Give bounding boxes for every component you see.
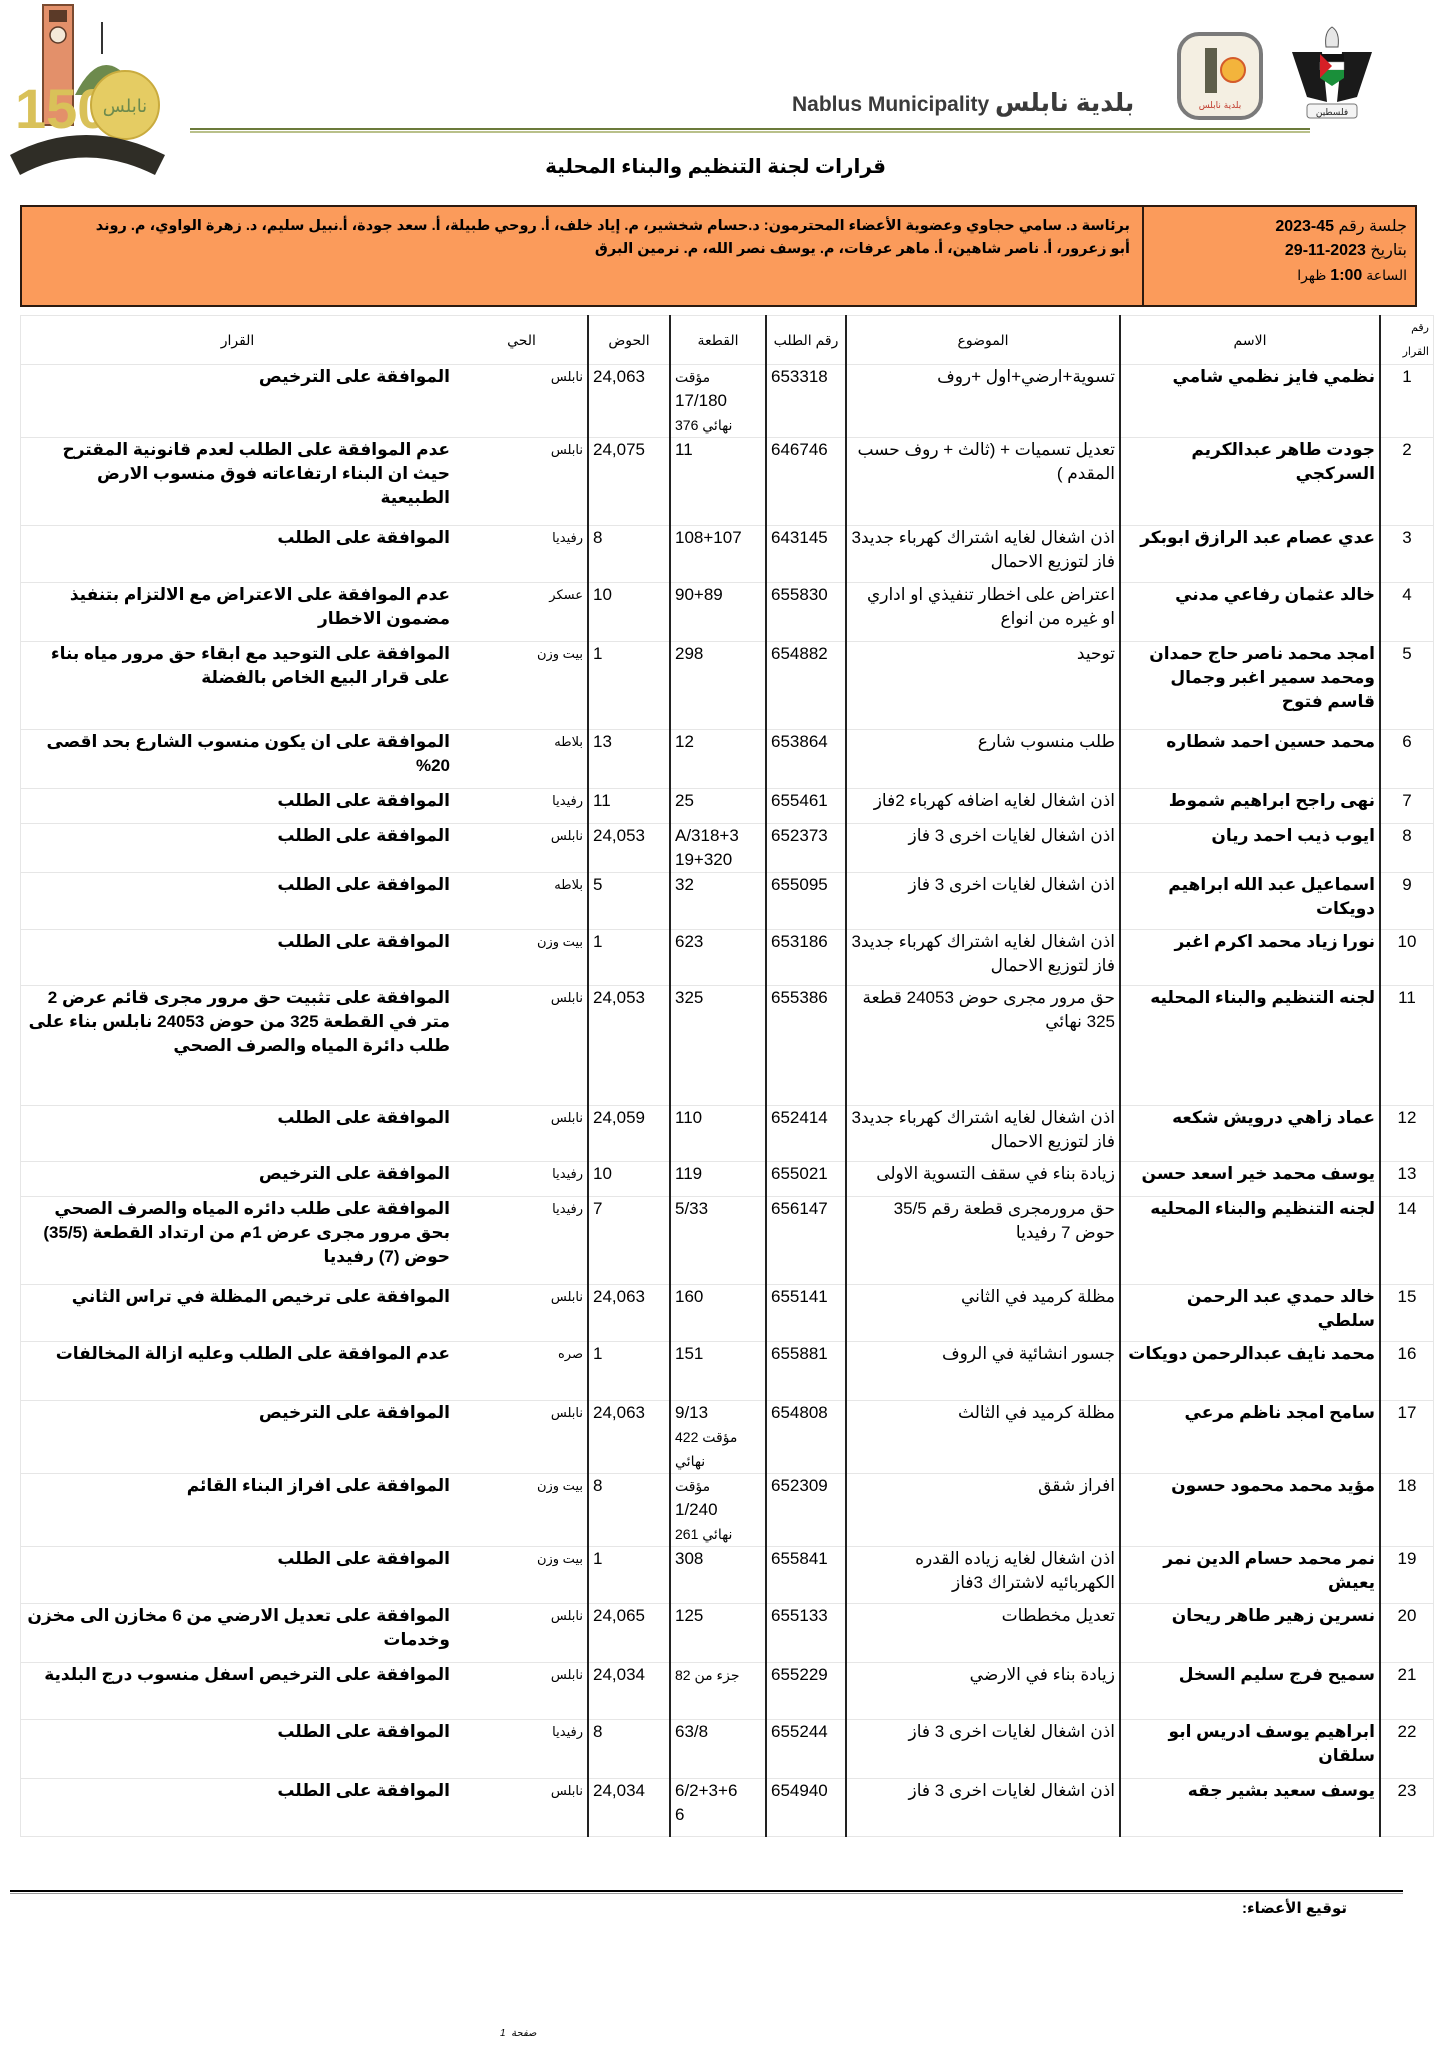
decision-number: 19: [1380, 1547, 1434, 1604]
basin-number: 24,063: [588, 365, 670, 438]
neighborhood: رفيديا: [456, 1162, 588, 1197]
decision-number: 12: [1380, 1106, 1434, 1162]
session-details: جلسة رقم 45-2023 بتاريخ 2023-11-29 الساع…: [1142, 207, 1415, 305]
table-row: 10نورا زياد محمد اكرم اغبراذن اشغال لغاي…: [21, 930, 1434, 986]
decision-text: الموافقة على الطلب: [21, 930, 457, 986]
request-subject: اعتراض على اخطار تنفيذي او اداري او غيره…: [846, 583, 1120, 642]
plot-number: 325: [670, 986, 766, 1106]
logo-nablus-text: نابلس: [103, 96, 147, 117]
request-subject: تعديل تسميات + (ثالث + روف حسب المقدم ): [846, 438, 1120, 526]
decision-number: 1: [1380, 365, 1434, 438]
decision-text: الموافقة على الطلب: [21, 1106, 457, 1162]
decision-text: الموافقة على الطلب: [21, 1547, 457, 1604]
request-number: 655841: [766, 1547, 846, 1604]
applicant-name: يوسف محمد خير اسعد حسن: [1120, 1162, 1380, 1197]
decision-text: الموافقة على طلب دائره المياه والصرف الص…: [21, 1197, 457, 1285]
decision-number: 14: [1380, 1197, 1434, 1285]
request-number: 655386: [766, 986, 846, 1106]
table-row: 7نهى راجح ابراهيم شموطاذن اشغال لغايه اض…: [21, 789, 1434, 824]
basin-number: 10: [588, 1162, 670, 1197]
plot-line: 6/2+3+6: [675, 1779, 761, 1803]
decision-text: الموافقة على ترخيص المظلة في تراس الثاني: [21, 1285, 457, 1342]
decision-number: 23: [1380, 1779, 1434, 1837]
table-row: 19نمر محمد حسام الدين نمر يعيشاذن اشغال …: [21, 1547, 1434, 1604]
request-subject: توحيد: [846, 642, 1120, 730]
applicant-name: محمد نايف عبدالرحمن دويكات: [1120, 1342, 1380, 1401]
footer-rule: [10, 1890, 1403, 1894]
decision-number: 15: [1380, 1285, 1434, 1342]
decision-number: 5: [1380, 642, 1434, 730]
municipality-seal-icon: بلدية نابلس: [1175, 30, 1265, 130]
neighborhood: نابلس: [456, 365, 588, 438]
eagle-text: فلسطين: [1316, 108, 1348, 118]
neighborhood: نابلس: [456, 438, 588, 526]
plot-line: مؤقت: [675, 365, 761, 389]
neighborhood: بيت وزن: [456, 1474, 588, 1547]
request-number: 652309: [766, 1474, 846, 1547]
plot-line: A/318+3: [675, 824, 761, 848]
neighborhood: رفيديا: [456, 526, 588, 583]
table-row: 23يوسف سعيد بشير جقهاذن اشغال لغايات اخر…: [21, 1779, 1434, 1837]
basin-number: 13: [588, 730, 670, 789]
plot-line: مؤقت 422: [675, 1425, 761, 1449]
plot-line: 32: [675, 873, 761, 897]
decision-number: 13: [1380, 1162, 1434, 1197]
decision-text: الموافقة على الطلب: [21, 789, 457, 824]
neighborhood: نابلس: [456, 1106, 588, 1162]
request-number: 653318: [766, 365, 846, 438]
decision-number: 11: [1380, 986, 1434, 1106]
plot-line: 160: [675, 1285, 761, 1309]
col-header-request: رقم الطلب: [766, 316, 846, 365]
plot-number: A/318+319+320: [670, 824, 766, 873]
decision-text: الموافقة على الطلب: [21, 1720, 457, 1779]
decisions-table: رقم القرار الاسم الموضوع رقم الطلب القطع…: [20, 315, 1434, 1837]
seal-text: بلدية نابلس: [1199, 101, 1242, 111]
applicant-name: خالد عثمان رفاعي مدني: [1120, 583, 1380, 642]
plot-number: 25: [670, 789, 766, 824]
applicant-name: نمر محمد حسام الدين نمر يعيش: [1120, 1547, 1380, 1604]
attendees-list: برئاسة د. سامي حجاوي وعضوية الأعضاء المح…: [22, 207, 1142, 305]
basin-number: 24,065: [588, 1604, 670, 1663]
decision-number: 3: [1380, 526, 1434, 583]
decision-number: 7: [1380, 789, 1434, 824]
plot-line: 108+107: [675, 526, 761, 550]
decision-number: 2: [1380, 438, 1434, 526]
decision-number: 9: [1380, 873, 1434, 930]
neighborhood: نابلس: [456, 1604, 588, 1663]
table-row: 22ابراهيم يوسف ادريس ابو سلقاناذن اشغال …: [21, 1720, 1434, 1779]
neighborhood: نابلس: [456, 824, 588, 873]
decision-number: 6: [1380, 730, 1434, 789]
basin-number: 5: [588, 873, 670, 930]
decision-text: الموافقة على افراز البناء القائم: [21, 1474, 457, 1547]
plot-line: 125: [675, 1604, 761, 1628]
municipality-name-en: Nablus Municipality: [792, 93, 989, 116]
basin-number: 24,063: [588, 1285, 670, 1342]
neighborhood: نابلس: [456, 1285, 588, 1342]
request-subject: اذن اشغال لغايات اخرى 3 فاز: [846, 1779, 1120, 1837]
plot-line: 151: [675, 1342, 761, 1366]
request-subject: اذن اشغال لغايه زياده القدره الكهربائيه …: [846, 1547, 1120, 1604]
neighborhood: رفيديا: [456, 1197, 588, 1285]
request-number: 654808: [766, 1401, 846, 1474]
request-subject: اذن اشغال لغايه اشتراك كهرباء جديد3 فاز …: [846, 526, 1120, 583]
table-row: 2جودت طاهر عبدالكريم السركجيتعديل تسميات…: [21, 438, 1434, 526]
decision-text: الموافقة على تثبيت حق مرور مجرى قائم عرض…: [21, 986, 457, 1106]
request-number: 654882: [766, 642, 846, 730]
attendees-line-1: برئاسة د. سامي حجاوي وعضوية الأعضاء المح…: [34, 215, 1130, 238]
decision-text: الموافقة على التوحيد مع ابقاء حق مرور مي…: [21, 642, 457, 730]
request-subject: اذن اشغال لغايات اخرى 3 فاز: [846, 873, 1120, 930]
table-row: 14لجنه التنظيم والبناء المحليهحق مرورمجر…: [21, 1197, 1434, 1285]
request-number: 652414: [766, 1106, 846, 1162]
request-subject: اذن اشغال لغايات اخرى 3 فاز: [846, 1720, 1120, 1779]
decisions-table-body: 1نظمي فايز نظمي شاميتسوية+ارضي+اول +روف6…: [21, 365, 1434, 1837]
request-subject: اذن اشغال لغايات اخرى 3 فاز: [846, 824, 1120, 873]
decision-text: الموافقة على الترخيص: [21, 365, 457, 438]
table-row: 5امجد محمد ناصر حاج حمدان ومحمد سمير اغب…: [21, 642, 1434, 730]
applicant-name: يوسف سعيد بشير جقه: [1120, 1779, 1380, 1837]
basin-number: 24,034: [588, 1663, 670, 1720]
plot-line: نهائي 261: [675, 1522, 761, 1546]
decision-text: الموافقة على ان يكون منسوب الشارع بحد اق…: [21, 730, 457, 789]
col-header-name: الاسم: [1120, 316, 1380, 365]
table-row: 15خالد حمدي عبد الرحمن سلطيمظلة كرميد في…: [21, 1285, 1434, 1342]
col-header-num: رقم القرار: [1380, 316, 1434, 365]
request-number: 655881: [766, 1342, 846, 1401]
plot-line: نهائي 376: [675, 413, 761, 437]
neighborhood: نابلس: [456, 1779, 588, 1837]
plot-number: 9/13مؤقت 422نهائي: [670, 1401, 766, 1474]
municipality-name: Nablus Municipality بلدية نابلس: [792, 88, 1134, 118]
neighborhood: بلاطه: [456, 730, 588, 789]
basin-number: 24,053: [588, 986, 670, 1106]
decision-text: الموافقة على تعديل الارضي من 6 مخازن الى…: [21, 1604, 457, 1663]
basin-number: 24,034: [588, 1779, 670, 1837]
request-number: 654940: [766, 1779, 846, 1837]
request-number: 655095: [766, 873, 846, 930]
request-number: 655830: [766, 583, 846, 642]
col-header-plot: القطعة: [670, 316, 766, 365]
session-info-box: جلسة رقم 45-2023 بتاريخ 2023-11-29 الساع…: [20, 205, 1417, 307]
plot-number: 160: [670, 1285, 766, 1342]
table-row: 3عدي عصام عبد الرازق ابوبكراذن اشغال لغا…: [21, 526, 1434, 583]
neighborhood: بيت وزن: [456, 1547, 588, 1604]
neighborhood: بيت وزن: [456, 642, 588, 730]
request-subject: افراز شقق: [846, 1474, 1120, 1547]
table-row: 1نظمي فايز نظمي شاميتسوية+ارضي+اول +روف6…: [21, 365, 1434, 438]
plot-number: 32: [670, 873, 766, 930]
plot-number: 63/8: [670, 1720, 766, 1779]
request-number: 655141: [766, 1285, 846, 1342]
request-number: 653186: [766, 930, 846, 986]
attendees-line-2: أبو زعرور، أ. ناصر شاهين، أ. ماهر عرفات،…: [34, 238, 1130, 261]
plot-number: 5/33: [670, 1197, 766, 1285]
plot-line: 308: [675, 1547, 761, 1571]
table-row: 8ايوب ذيب احمد رياناذن اشغال لغايات اخرى…: [21, 824, 1434, 873]
applicant-name: محمد حسين احمد شطاره: [1120, 730, 1380, 789]
applicant-name: نسرين زهير طاهر ريحان: [1120, 1604, 1380, 1663]
plot-line: 11: [675, 438, 761, 462]
municipality-name-ar: بلدية نابلس: [995, 89, 1134, 117]
basin-number: 7: [588, 1197, 670, 1285]
plot-number: 151: [670, 1342, 766, 1401]
plot-line: نهائي: [675, 1449, 761, 1473]
request-subject: جسور انشائية في الروف: [846, 1342, 1120, 1401]
table-row: 4خالد عثمان رفاعي مدنياعتراض على اخطار ت…: [21, 583, 1434, 642]
basin-number: 1: [588, 930, 670, 986]
plot-line: 325: [675, 986, 761, 1010]
applicant-name: مؤيد محمد محمود حسون: [1120, 1474, 1380, 1547]
request-subject: طلب منسوب شارع: [846, 730, 1120, 789]
decision-number: 21: [1380, 1663, 1434, 1720]
plot-number: مؤقت1/240نهائي 261: [670, 1474, 766, 1547]
decision-text: الموافقة على الترخيص: [21, 1162, 457, 1197]
request-number: 655133: [766, 1604, 846, 1663]
session-date: بتاريخ 2023-11-29: [1144, 239, 1407, 263]
neighborhood: رفيديا: [456, 1720, 588, 1779]
applicant-name: خالد حمدي عبد الرحمن سلطي: [1120, 1285, 1380, 1342]
plot-number: 12: [670, 730, 766, 789]
page-title-text: قرارات لجنة التنظيم والبناء المحلية: [545, 156, 886, 178]
plot-line: 9/13: [675, 1401, 761, 1425]
session-time: الساعة 1:00 ظهرا: [1144, 263, 1407, 288]
neighborhood: نابلس: [456, 1663, 588, 1720]
col-header-basin: الحوض: [588, 316, 670, 365]
request-number: 656147: [766, 1197, 846, 1285]
decision-text: عدم الموافقة على الطلب وعليه ازالة المخا…: [21, 1342, 457, 1401]
decision-text: الموافقة على الطلب: [21, 824, 457, 873]
decision-text: عدم الموافقة على الاعتراض مع الالتزام بت…: [21, 583, 457, 642]
plot-line: 12: [675, 730, 761, 754]
basin-number: 24,059: [588, 1106, 670, 1162]
plot-line: 25: [675, 789, 761, 813]
table-row: 12عماد زاهي درويش شكعهاذن اشغال لغايه اش…: [21, 1106, 1434, 1162]
plot-number: 298: [670, 642, 766, 730]
plot-number: 125: [670, 1604, 766, 1663]
plot-number: 119: [670, 1162, 766, 1197]
neighborhood: صره: [456, 1342, 588, 1401]
plot-number: 11: [670, 438, 766, 526]
table-row: 18مؤيد محمد محمود حسونافراز شقق652309مؤق…: [21, 1474, 1434, 1547]
request-subject: اذن اشغال لغايه اضافه كهرباء 2فاز: [846, 789, 1120, 824]
neighborhood: نابلس: [456, 1401, 588, 1474]
neighborhood: عسكر: [456, 583, 588, 642]
table-row: 21سميح فرج سليم السخلزيادة بناء في الارض…: [21, 1663, 1434, 1720]
plot-number: 90+89: [670, 583, 766, 642]
request-number: 653864: [766, 730, 846, 789]
table-row: 17سامح امجد ناظم مرعيمظلة كرميد في الثال…: [21, 1401, 1434, 1474]
request-number: 646746: [766, 438, 846, 526]
request-number: 655244: [766, 1720, 846, 1779]
request-subject: اذن اشغال لغايه اشتراك كهرباء جديد3 فاز …: [846, 930, 1120, 986]
col-header-decision: القرار: [21, 316, 457, 365]
applicant-name: نورا زياد محمد اكرم اغبر: [1120, 930, 1380, 986]
signature-label: توقيع الأعضاء:: [1242, 1899, 1347, 1917]
basin-number: 8: [588, 1474, 670, 1547]
request-subject: مظلة كرميد في الثالث: [846, 1401, 1120, 1474]
neighborhood: رفيديا: [456, 789, 588, 824]
plot-line: 298: [675, 642, 761, 666]
decision-text: الموافقة على الطلب: [21, 873, 457, 930]
plot-line: 1/240: [675, 1498, 761, 1522]
table-row: 20نسرين زهير طاهر ريحانتعديل مخططات65513…: [21, 1604, 1434, 1663]
plot-line: 623: [675, 930, 761, 954]
request-subject: حق مرورمجرى قطعة رقم 35/5 حوض 7 رفيديا: [846, 1197, 1120, 1285]
neighborhood: نابلس: [456, 986, 588, 1106]
applicant-name: لجنه التنظيم والبناء المحليه: [1120, 986, 1380, 1106]
basin-number: 24,053: [588, 824, 670, 873]
decision-text: الموافقة على الطلب: [21, 1779, 457, 1837]
plot-number: 108+107: [670, 526, 766, 583]
plot-number: 308: [670, 1547, 766, 1604]
letterhead: 150 نابلس Nablus Municipality بلدية نابل…: [0, 0, 1439, 200]
applicant-name: سميح فرج سليم السخل: [1120, 1663, 1380, 1720]
session-number: جلسة رقم 45-2023: [1144, 215, 1407, 239]
applicant-name: لجنه التنظيم والبناء المحليه: [1120, 1197, 1380, 1285]
decision-number: 4: [1380, 583, 1434, 642]
applicant-name: ابراهيم يوسف ادريس ابو سلقان: [1120, 1720, 1380, 1779]
basin-number: 1: [588, 1342, 670, 1401]
applicant-name: امجد محمد ناصر حاج حمدان ومحمد سمير اغبر…: [1120, 642, 1380, 730]
table-header-row: رقم القرار الاسم الموضوع رقم الطلب القطع…: [21, 316, 1434, 365]
neighborhood: بلاطه: [456, 873, 588, 930]
plot-line: 19+320: [675, 848, 761, 872]
applicant-name: عماد زاهي درويش شكعه: [1120, 1106, 1380, 1162]
table-row: 9اسماعيل عبد الله ابراهيم دويكاتاذن اشغا…: [21, 873, 1434, 930]
plot-line: مؤقت: [675, 1474, 761, 1498]
decision-text: الموافقة على الترخيص: [21, 1401, 457, 1474]
page-title: قرارات لجنة التنظيم والبناء المحلية: [0, 154, 1439, 179]
plot-number: جزء من 82: [670, 1663, 766, 1720]
table-row: 13يوسف محمد خير اسعد حسنزيادة بناء في سق…: [21, 1162, 1434, 1197]
applicant-name: عدي عصام عبد الرازق ابوبكر: [1120, 526, 1380, 583]
basin-number: 8: [588, 1720, 670, 1779]
plot-line: 110: [675, 1106, 761, 1130]
applicant-name: جودت طاهر عبدالكريم السركجي: [1120, 438, 1380, 526]
request-subject: مظلة كرميد في الثاني: [846, 1285, 1120, 1342]
decision-number: 16: [1380, 1342, 1434, 1401]
decision-number: 17: [1380, 1401, 1434, 1474]
palestine-eagle-emblem-icon: فلسطين: [1282, 22, 1382, 127]
header-rule: [160, 128, 1310, 134]
decision-number: 8: [1380, 824, 1434, 873]
decision-text: الموافقة على الترخيص اسفل منسوب درج البل…: [21, 1663, 457, 1720]
applicant-name: ايوب ذيب احمد ريان: [1120, 824, 1380, 873]
applicant-name: نظمي فايز نظمي شامي: [1120, 365, 1380, 438]
basin-number: 24,075: [588, 438, 670, 526]
plot-number: مؤقت17/180نهائي 376: [670, 365, 766, 438]
request-subject: تعديل مخططات: [846, 1604, 1120, 1663]
request-number: 643145: [766, 526, 846, 583]
applicant-name: نهى راجح ابراهيم شموط: [1120, 789, 1380, 824]
plot-line: 90+89: [675, 583, 761, 607]
plot-line: 6: [675, 1803, 761, 1827]
table-row: 11لجنه التنظيم والبناء المحليهحق مرور مج…: [21, 986, 1434, 1106]
request-number: 655461: [766, 789, 846, 824]
decision-number: 10: [1380, 930, 1434, 986]
plot-number: 623: [670, 930, 766, 986]
page-number: صفحة 1: [500, 2028, 537, 2039]
plot-line: 63/8: [675, 1720, 761, 1744]
applicant-name: اسماعيل عبد الله ابراهيم دويكات: [1120, 873, 1380, 930]
col-header-neighborhood: الحي: [456, 316, 588, 365]
basin-number: 1: [588, 1547, 670, 1604]
plot-line: 17/180: [675, 389, 761, 413]
decision-text: عدم الموافقة على الطلب لعدم قانونية المق…: [21, 438, 457, 526]
table-row: 16محمد نايف عبدالرحمن دويكاتجسور انشائية…: [21, 1342, 1434, 1401]
neighborhood: بيت وزن: [456, 930, 588, 986]
plot-line: جزء من 82: [675, 1663, 761, 1687]
col-header-subject: الموضوع: [846, 316, 1120, 365]
decision-number: 18: [1380, 1474, 1434, 1547]
plot-line: 5/33: [675, 1197, 761, 1221]
basin-number: 11: [588, 789, 670, 824]
basin-number: 1: [588, 642, 670, 730]
decision-number: 22: [1380, 1720, 1434, 1779]
request-subject: اذن اشغال لغايه اشتراك كهرباء جديد3 فاز …: [846, 1106, 1120, 1162]
request-subject: تسوية+ارضي+اول +روف: [846, 365, 1120, 438]
basin-number: 24,063: [588, 1401, 670, 1474]
plot-number: 110: [670, 1106, 766, 1162]
request-number: 652373: [766, 824, 846, 873]
plot-line: 119: [675, 1162, 761, 1186]
plot-number: 6/2+3+66: [670, 1779, 766, 1837]
request-subject: حق مرور مجرى حوض 24053 قطعة 325 نهائي: [846, 986, 1120, 1106]
request-subject: زيادة بناء في الارضي: [846, 1663, 1120, 1720]
nablus-150-logo-icon: 150 نابلس: [5, 0, 175, 180]
basin-number: 8: [588, 526, 670, 583]
basin-number: 10: [588, 583, 670, 642]
applicant-name: سامح امجد ناظم مرعي: [1120, 1401, 1380, 1474]
request-number: 655021: [766, 1162, 846, 1197]
decision-text: الموافقة على الطلب: [21, 526, 457, 583]
table-row: 6محمد حسين احمد شطارهطلب منسوب شارع65386…: [21, 730, 1434, 789]
request-subject: زيادة بناء في سقف التسوية الاولى: [846, 1162, 1120, 1197]
decision-number: 20: [1380, 1604, 1434, 1663]
request-number: 655229: [766, 1663, 846, 1720]
